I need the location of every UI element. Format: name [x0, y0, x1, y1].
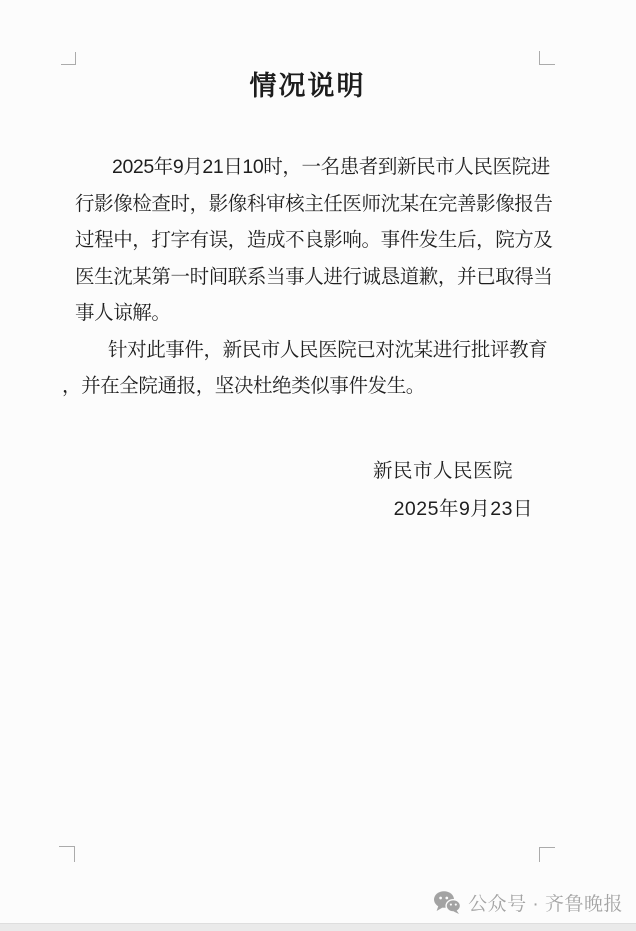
paragraph-2-line-2: ，并在全院通报，坚决杜绝类似事件发生。	[62, 368, 547, 405]
paragraph-1-line-5: 事人谅解。	[75, 295, 547, 332]
crop-mark-top-left-icon	[61, 52, 76, 65]
paragraph-1-line-2: 行影像检查时，影像科审核主任医师沈某在完善影像报告	[75, 186, 547, 223]
watermark-label: 公众号 · 齐鲁晚报	[468, 889, 623, 916]
paragraph-2-line-1: 针对此事件，新民市人民医院已对沈某进行批评教育	[75, 332, 547, 369]
document-page: 情况说明 2025年9月21日10时，一名患者到新民市人民医院进 行影像检查时，…	[0, 0, 636, 931]
signature-date: 2025年9月23日	[394, 493, 533, 521]
bottom-edge-band	[0, 923, 636, 931]
watermark: 公众号 · 齐鲁晚报	[433, 888, 623, 916]
paragraph-1-line-4: 医生沈某第一时间联系当事人进行诚恳道歉，并已取得当	[75, 259, 547, 296]
paragraph-1-line-1: 2025年9月21日10时，一名患者到新民市人民医院进	[75, 149, 547, 186]
crop-mark-top-right-icon	[539, 51, 555, 65]
wechat-icon	[433, 890, 461, 915]
signature-org: 新民市人民医院	[373, 455, 513, 483]
paragraph-1-line-3: 过程中，打字有误，造成不良影响。事件发生后，院方及	[75, 222, 547, 259]
crop-mark-bottom-left-icon	[59, 846, 75, 862]
document-body: 2025年9月21日10时，一名患者到新民市人民医院进 行影像检查时，影像科审核…	[75, 149, 547, 405]
crop-mark-bottom-right-icon	[539, 847, 555, 862]
document-title: 情况说明	[75, 64, 540, 103]
